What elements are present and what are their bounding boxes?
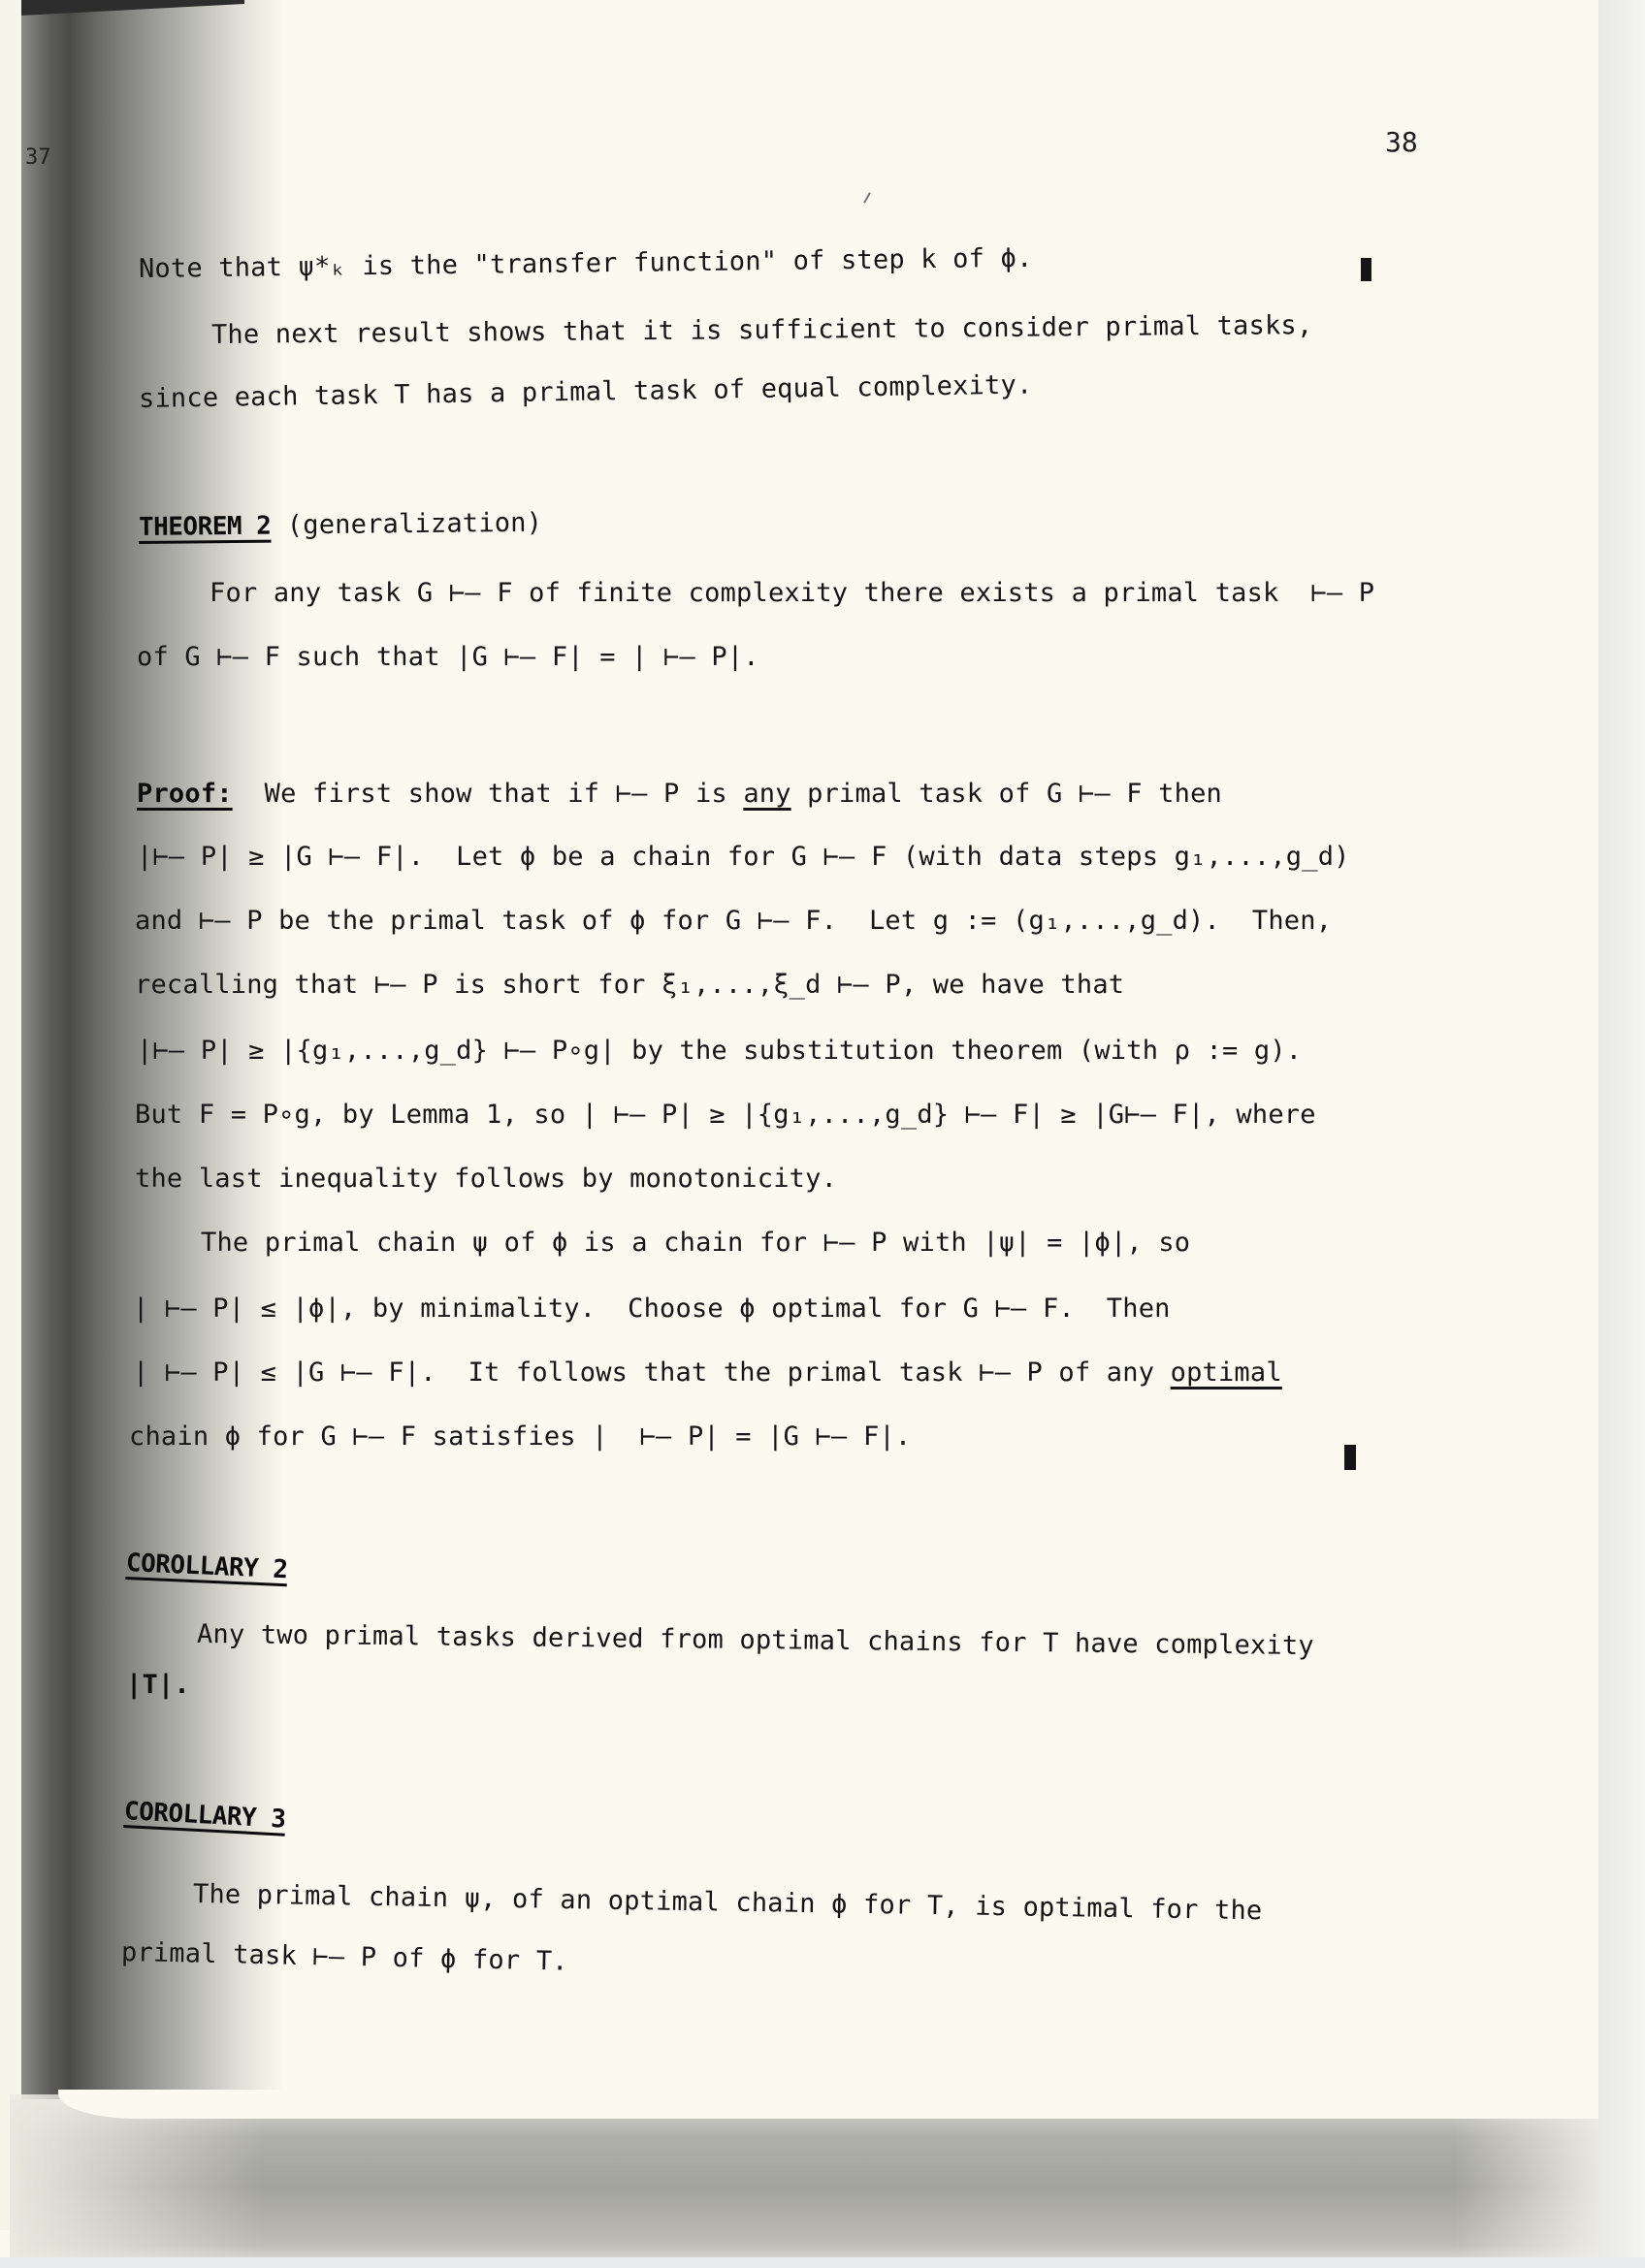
page-curl-highlight <box>10 2094 262 2259</box>
proof-line: The primal chain ψ of ϕ is a chain for ⊢… <box>201 1228 1190 1258</box>
page-number: 38 <box>1385 126 1418 158</box>
proof-line: the last inequality follows by monotonic… <box>135 1164 837 1194</box>
proof-line: and ⊢— P be the primal task of ϕ for G ⊢… <box>135 906 1332 936</box>
emphasis-any: any <box>743 779 790 809</box>
corollary-line: The primal chain ψ, of an optimal chain … <box>193 1879 1263 1926</box>
proof-line: chain ϕ for G ⊢— F satisfies | ⊢— P| = |… <box>129 1421 911 1452</box>
scan-speck <box>863 192 871 203</box>
end-of-proof-marker <box>1361 258 1371 281</box>
proof-line: But F = P∘g, by Lemma 1, so | ⊢— P| ≥ |{… <box>135 1100 1316 1130</box>
theorem-heading: THEOREM 2 (generalization) <box>139 508 542 542</box>
proof-line: |⊢— P| ≥ |{g₁,...,g_d} ⊢— P∘g| by the su… <box>137 1036 1302 1066</box>
emphasis-optimal: optimal <box>1171 1358 1282 1388</box>
proof-line: |⊢— P| ≥ |G ⊢— F|. Let ϕ be a chain for … <box>137 842 1350 872</box>
theorem-line: For any task G ⊢— F of finite complexity… <box>210 578 1374 608</box>
corollary-line: Any two primal tasks derived from optima… <box>197 1619 1314 1661</box>
page-curl-edge <box>58 2090 1600 2119</box>
facing-page-number: 37 <box>25 145 51 170</box>
paragraph-line: The next result shows that it is suffici… <box>211 310 1313 350</box>
proof-line: Proof: We first show that if ⊢— P is any… <box>137 779 1222 809</box>
proof-line: | ⊢— P| ≤ |ϕ|, by minimality. Choose ϕ o… <box>133 1294 1171 1324</box>
theorem-subtitle: (generalization) <box>271 508 542 541</box>
proof-label: Proof: <box>137 779 233 809</box>
theorem-line: of G ⊢— F such that |G ⊢— F| = | ⊢— P|. <box>137 642 759 672</box>
corollary-line: |T|. <box>126 1670 190 1700</box>
scanner-background <box>0 2257 1645 2268</box>
page-curl-highlight <box>1455 2114 1600 2259</box>
proof-line: | ⊢— P| ≤ |G ⊢— F|. It follows that the … <box>133 1358 1282 1388</box>
scanner-background <box>1598 0 1645 2268</box>
end-of-proof-marker <box>1344 1445 1356 1470</box>
proof-line: recalling that ⊢— P is short for ξ₁,...,… <box>135 970 1124 1000</box>
scanned-page: 37 38 Note that ψ*ₖ is the "transfer fun… <box>0 0 1600 2259</box>
theorem-label: THEOREM 2 <box>139 512 272 542</box>
